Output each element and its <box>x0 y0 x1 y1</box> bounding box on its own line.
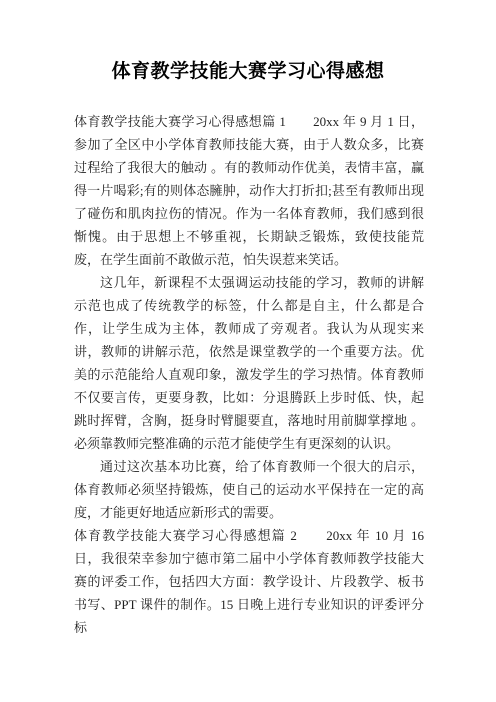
document-page: 体育教学技能大赛学习心得感想 体育教学技能大赛学习心得感想篇 1 20xx 年 … <box>0 0 496 702</box>
paragraph: 这几年，新课程不太强调运动技能的学习，教师的讲解示范也成了传统教学的标签，什么都… <box>74 271 424 455</box>
document-body: 体育教学技能大赛学习心得感想篇 1 20xx 年 9 月 1 日，参加了全区中小… <box>74 110 424 639</box>
paragraph: 通过这次基本功比赛，给了体育教师一个很大的启示，体育教师必须坚持锻炼，使自己的运… <box>74 455 424 524</box>
paragraph: 体育教学技能大赛学习心得感想篇 1 20xx 年 9 月 1 日，参加了全区中小… <box>74 110 424 271</box>
paragraph: 体育教学技能大赛学习心得感想篇 2 20xx 年 10 月 16 日，我很荣幸参… <box>74 524 424 639</box>
document-title: 体育教学技能大赛学习心得感想 <box>0 60 496 84</box>
